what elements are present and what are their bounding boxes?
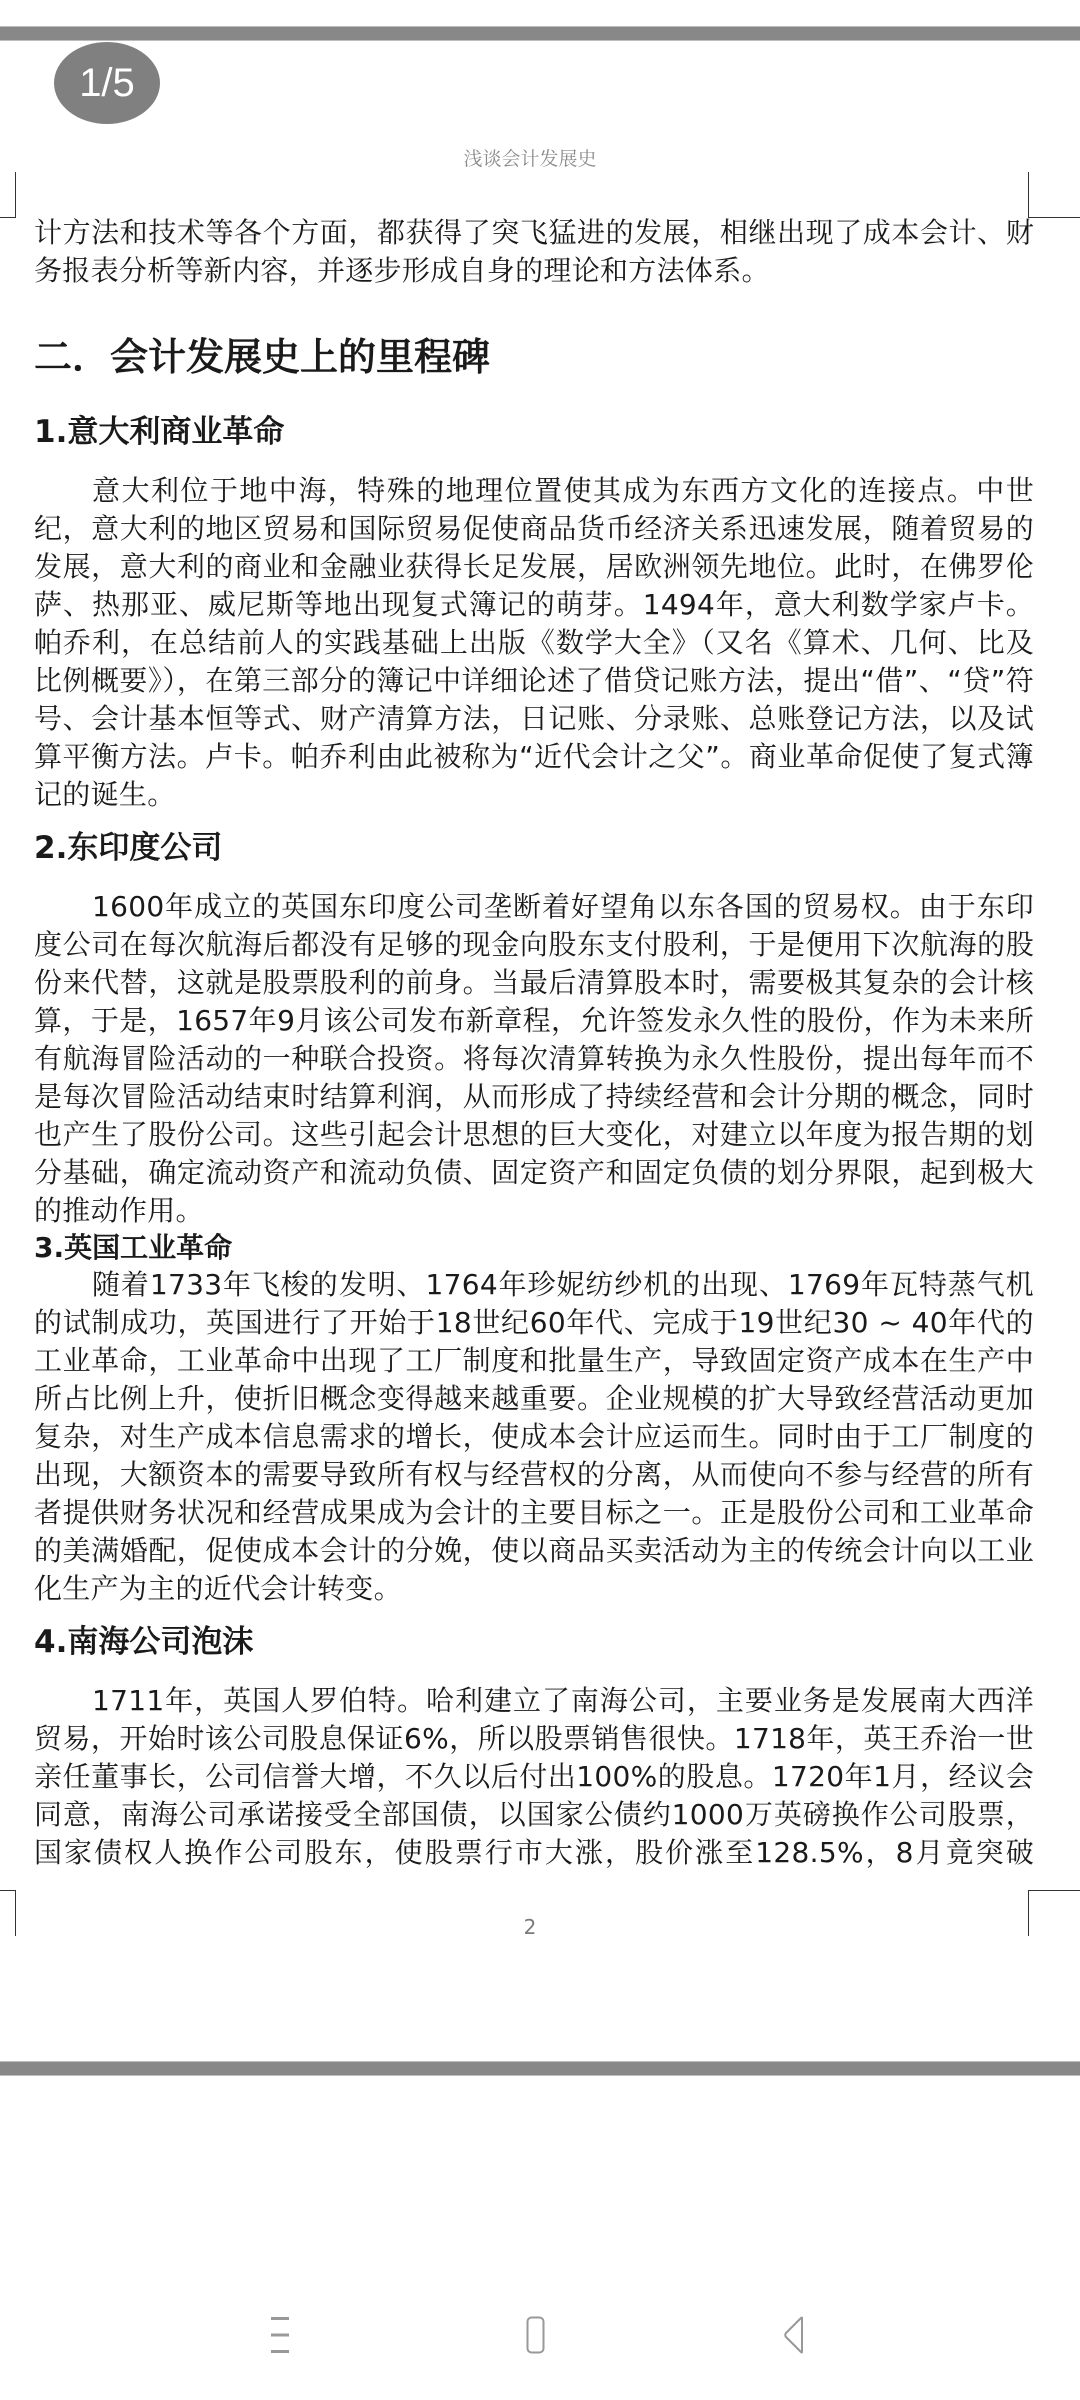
subsection-heading-4: 4.南海公司泡沫 xyxy=(34,1620,1034,1664)
rounded-square-icon xyxy=(526,2316,546,2354)
page-separator-bottom xyxy=(0,2061,1080,2076)
section-title: 二．会计发展史上的里程碑 xyxy=(34,332,1034,382)
subsection-heading-3: 3.英国工业革命 xyxy=(34,1230,1034,1266)
system-navigation-bar xyxy=(0,2300,1080,2370)
page-indicator-badge: 1/5 xyxy=(54,42,160,124)
intro-paragraph: 计方法和技术等各个方面，都获得了突飞猛进的发展，相继出现了成本会计、财务报表分析… xyxy=(34,214,1034,290)
back-button[interactable] xyxy=(764,2315,824,2355)
page-number: 2 xyxy=(0,1915,1060,1939)
page-separator-top xyxy=(0,26,1080,41)
subsection-body-3: 随着1733年飞梭的发明、1764年珍妮纺纱机的出现、1769年瓦特蒸气机的试制… xyxy=(34,1266,1034,1608)
subsection-heading-1: 1.意大利商业革命 xyxy=(34,410,1034,454)
home-button[interactable] xyxy=(506,2315,566,2355)
subsection-body-2: 1600年成立的英国东印度公司垄断着好望角以东各国的贸易权。由于东印度公司在每次… xyxy=(34,888,1034,1230)
crop-mark-top-left xyxy=(0,172,16,218)
running-header: 浅谈会计发展史 xyxy=(0,144,1060,171)
subsection-body-4: 1711年，英国人罗伯特。哈利建立了南海公司，主要业务是发展南大西洋贸易，开始时… xyxy=(34,1682,1034,1872)
triangle-back-icon xyxy=(783,2316,805,2354)
subsection-heading-2: 2.东印度公司 xyxy=(34,826,1034,870)
subsection-body-1: 意大利位于地中海，特殊的地理位置使其成为东西方文化的连接点。中世纪，意大利的地区… xyxy=(34,472,1034,814)
crop-mark-top-right xyxy=(1028,172,1080,218)
menu-lines-icon xyxy=(270,2316,290,2354)
recent-apps-button[interactable] xyxy=(250,2315,310,2355)
document-page-content: 计方法和技术等各个方面，都获得了突飞猛进的发展，相继出现了成本会计、财务报表分析… xyxy=(34,214,1034,1872)
